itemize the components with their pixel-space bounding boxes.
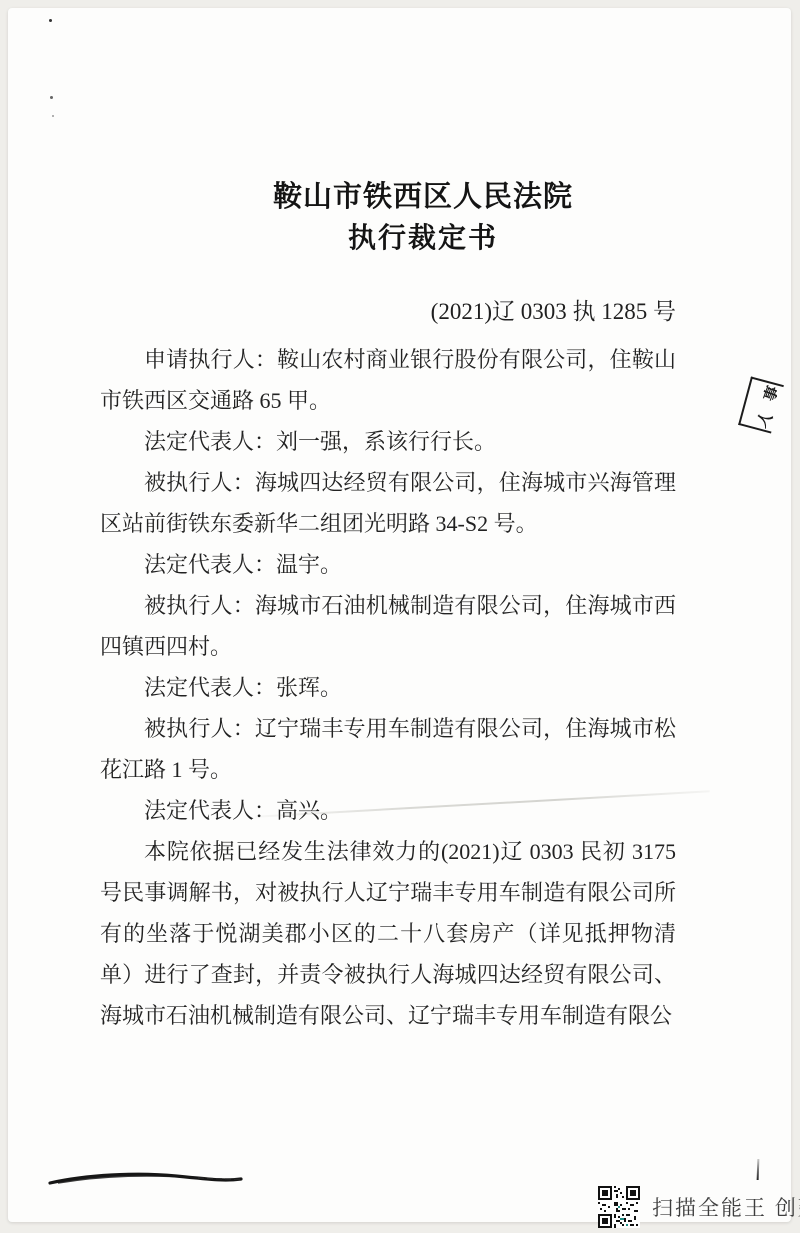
paragraph-respondent-2: 被执行人：海城市石油机械制造有限公司，住海城市西四镇西四村。 (100, 585, 676, 667)
handwritten-pen-mark (48, 1170, 244, 1188)
seal-character: 事 (763, 385, 782, 404)
scan-background: { "page": { "title_line1": "鞍山市铁西区人民法院",… (0, 0, 800, 1233)
scan-speckle (52, 115, 54, 117)
document-type: 执行裁定书 (135, 218, 711, 260)
paragraph-legal-rep-3: 法定代表人：张珲。 (100, 667, 676, 708)
paragraph-ruling-body: 本院依据已经发生法律效力的(2021)辽 0303 民初 3175 号民事调解书… (100, 831, 676, 1036)
pen-tick-mark (757, 1159, 760, 1180)
qr-code-icon (598, 1186, 640, 1228)
paragraph-legal-rep-1: 法定代表人：刘一强，系该行行长。 (100, 421, 676, 462)
document-body: 申请执行人：鞍山农村商业银行股份有限公司，住鞍山市铁西区交通路 65 甲。 法定… (100, 339, 676, 1036)
document-page: 鞍山市铁西区人民法院 执行裁定书 (2021)辽 0303 执 1285 号 申… (8, 8, 791, 1222)
case-number: (2021)辽 0303 执 1285 号 (100, 292, 676, 332)
court-name: 鞍山市铁西区人民法院 (135, 176, 711, 218)
paragraph-legal-rep-2: 法定代表人：温宇。 (100, 544, 676, 585)
scanner-watermark: 扫描全能王 创建 (598, 1186, 800, 1228)
scan-speckle (50, 96, 53, 99)
paragraph-respondent-3: 被执行人：辽宁瑞丰专用车制造有限公司，住海城市松花江路 1 号。 (100, 708, 676, 790)
paragraph-respondent-1: 被执行人：海城四达经贸有限公司，住海城市兴海管理区站前街铁东委新华二组团光明路 … (100, 462, 676, 544)
document-title: 鞍山市铁西区人民法院 执行裁定书 (135, 176, 711, 260)
scanner-watermark-label: 扫描全能王 创建 (652, 1192, 800, 1222)
paragraph-applicant: 申请执行人：鞍山农村商业银行股份有限公司，住鞍山市铁西区交通路 65 甲。 (100, 339, 676, 421)
scan-speckle (49, 19, 52, 22)
partial-seal-stamp: 事 人 (738, 376, 784, 433)
seal-character: 人 (755, 410, 776, 431)
